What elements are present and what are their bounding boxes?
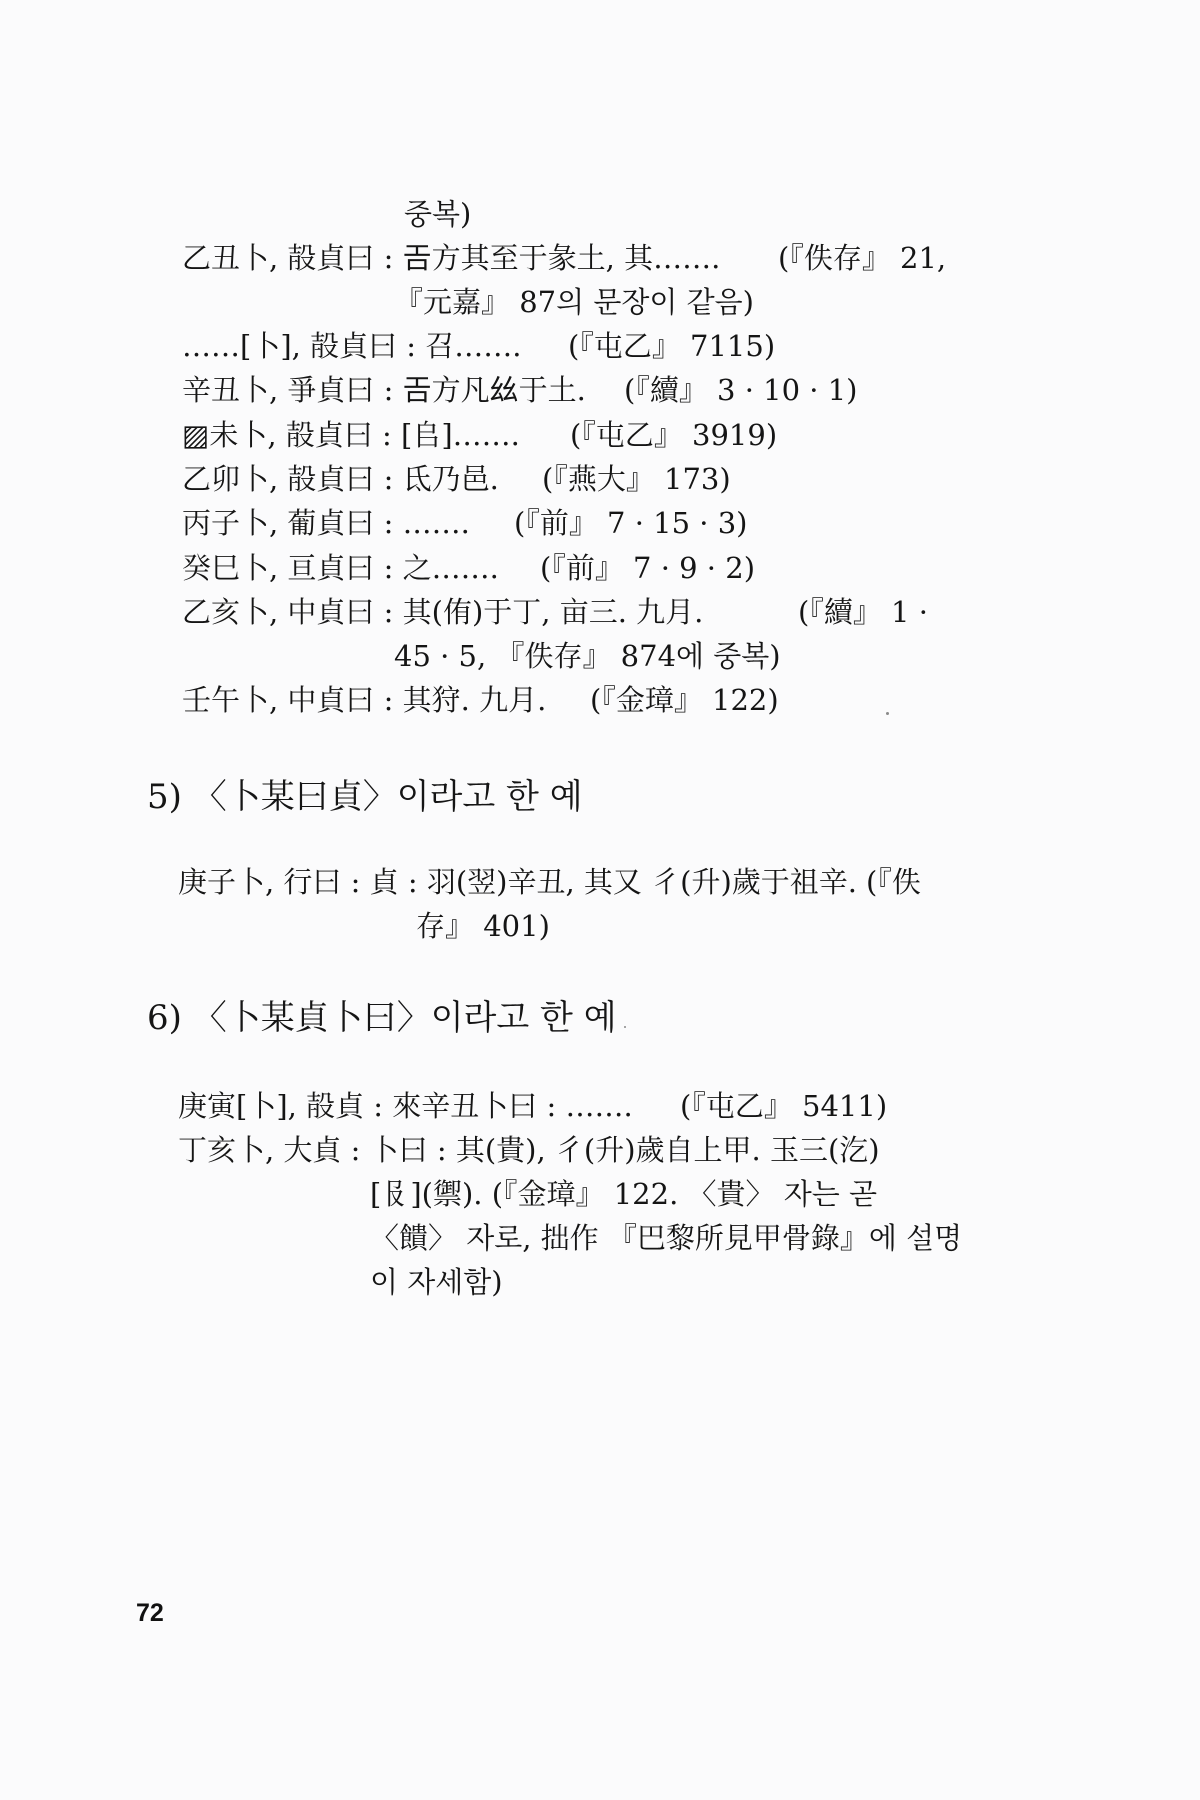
inscription-entry: 乙卯卜, 㱿貞曰 : 氐乃邑. [182, 459, 499, 499]
source-citation: (『佚存』 21, [778, 238, 946, 278]
source-citation: (『續』 3 · 10 · 1) [624, 370, 857, 410]
source-citation: (『前』 7 · 15 · 3) [514, 503, 747, 543]
source-citation: (『屯乙』 5411) [680, 1086, 887, 1126]
continuation-line: 『元嘉』 87의 문장이 같음) [394, 282, 754, 322]
inscription-entry: 乙丑卜, 㱿貞曰 : 𢀛方其至于彖土, 其𡳿……. [182, 238, 720, 278]
source-citation: (『前』 7 · 9 · 2) [540, 548, 755, 588]
inscription-entry: 庚子卜, 行曰 : 貞 : 羽(翌)辛丑, 其又 彳(升)歲于祖辛. [178, 862, 857, 902]
continuation-line: 45 · 5, 『佚存』 874에 중복) [394, 636, 781, 676]
inscription-entry: 庚寅[卜], 㱿貞 : 來辛丑卜曰 : ……. [178, 1086, 633, 1126]
source-citation: (『屯乙』 3919) [570, 415, 777, 455]
continuation-line: 存』 401) [416, 906, 550, 946]
continuation-line: 중복) [404, 194, 471, 234]
inscription-entry: 乙亥卜, 中貞曰 : 其𡳿(侑)于丁, 亩三𡧊. 九月. [182, 592, 703, 632]
page-number: 72 [136, 1598, 164, 1628]
source-citation: (『屯乙』 7115) [568, 326, 775, 366]
inscription-entry: 丙子卜, 葡貞曰 : ……. [182, 503, 470, 543]
inscription-entry: 癸巳卜, 亘貞曰 : 之……. [182, 548, 499, 588]
inscription-entry: 辛丑卜, 爭貞曰 : 𢀛方凡𢆶于土. [182, 370, 586, 410]
scan-speck [886, 712, 889, 715]
book-page: 중복) 乙丑卜, 㱿貞曰 : 𢀛方其至于彖土, 其𡳿……. (『佚存』 21, … [0, 0, 1200, 1800]
inscription-entry: ……[卜], 㱿貞曰 : 召……. [182, 326, 522, 366]
inscription-entry: 丁亥卜, 大貞 : 卜曰 : 其𡳿𢆉(貴), 彳(升)歲自上甲. 玉三(汔) [178, 1130, 880, 1170]
source-citation: (『佚 [866, 862, 921, 902]
source-citation: (『金璋』 122) [590, 680, 779, 720]
source-citation: (『續』 1 · [798, 592, 928, 632]
inscription-entry: ▨未卜, 㱿貞曰 : [𠂤]……. [182, 415, 520, 455]
section-heading-6: 6) 〈卜某貞卜曰〉이라고 한 예 [147, 996, 617, 1040]
continuation-line: 〈饋〉 자로, 拙作 『巴黎所見甲骨錄』에 설명 [370, 1218, 962, 1258]
inscription-entry: 壬午卜, 中貞曰 : 其狩. 九月. [182, 680, 546, 720]
scan-speck [624, 1026, 626, 1028]
section-heading-5: 5) 〈卜某曰貞〉이라고 한 예 [147, 775, 583, 819]
continuation-line: 이 자세함) [370, 1262, 503, 1302]
continuation-line: [𠬝](禦). (『金璋』 122. 〈貴〉 자는 곧 [370, 1174, 877, 1214]
source-citation: (『燕大』 173) [542, 459, 731, 499]
